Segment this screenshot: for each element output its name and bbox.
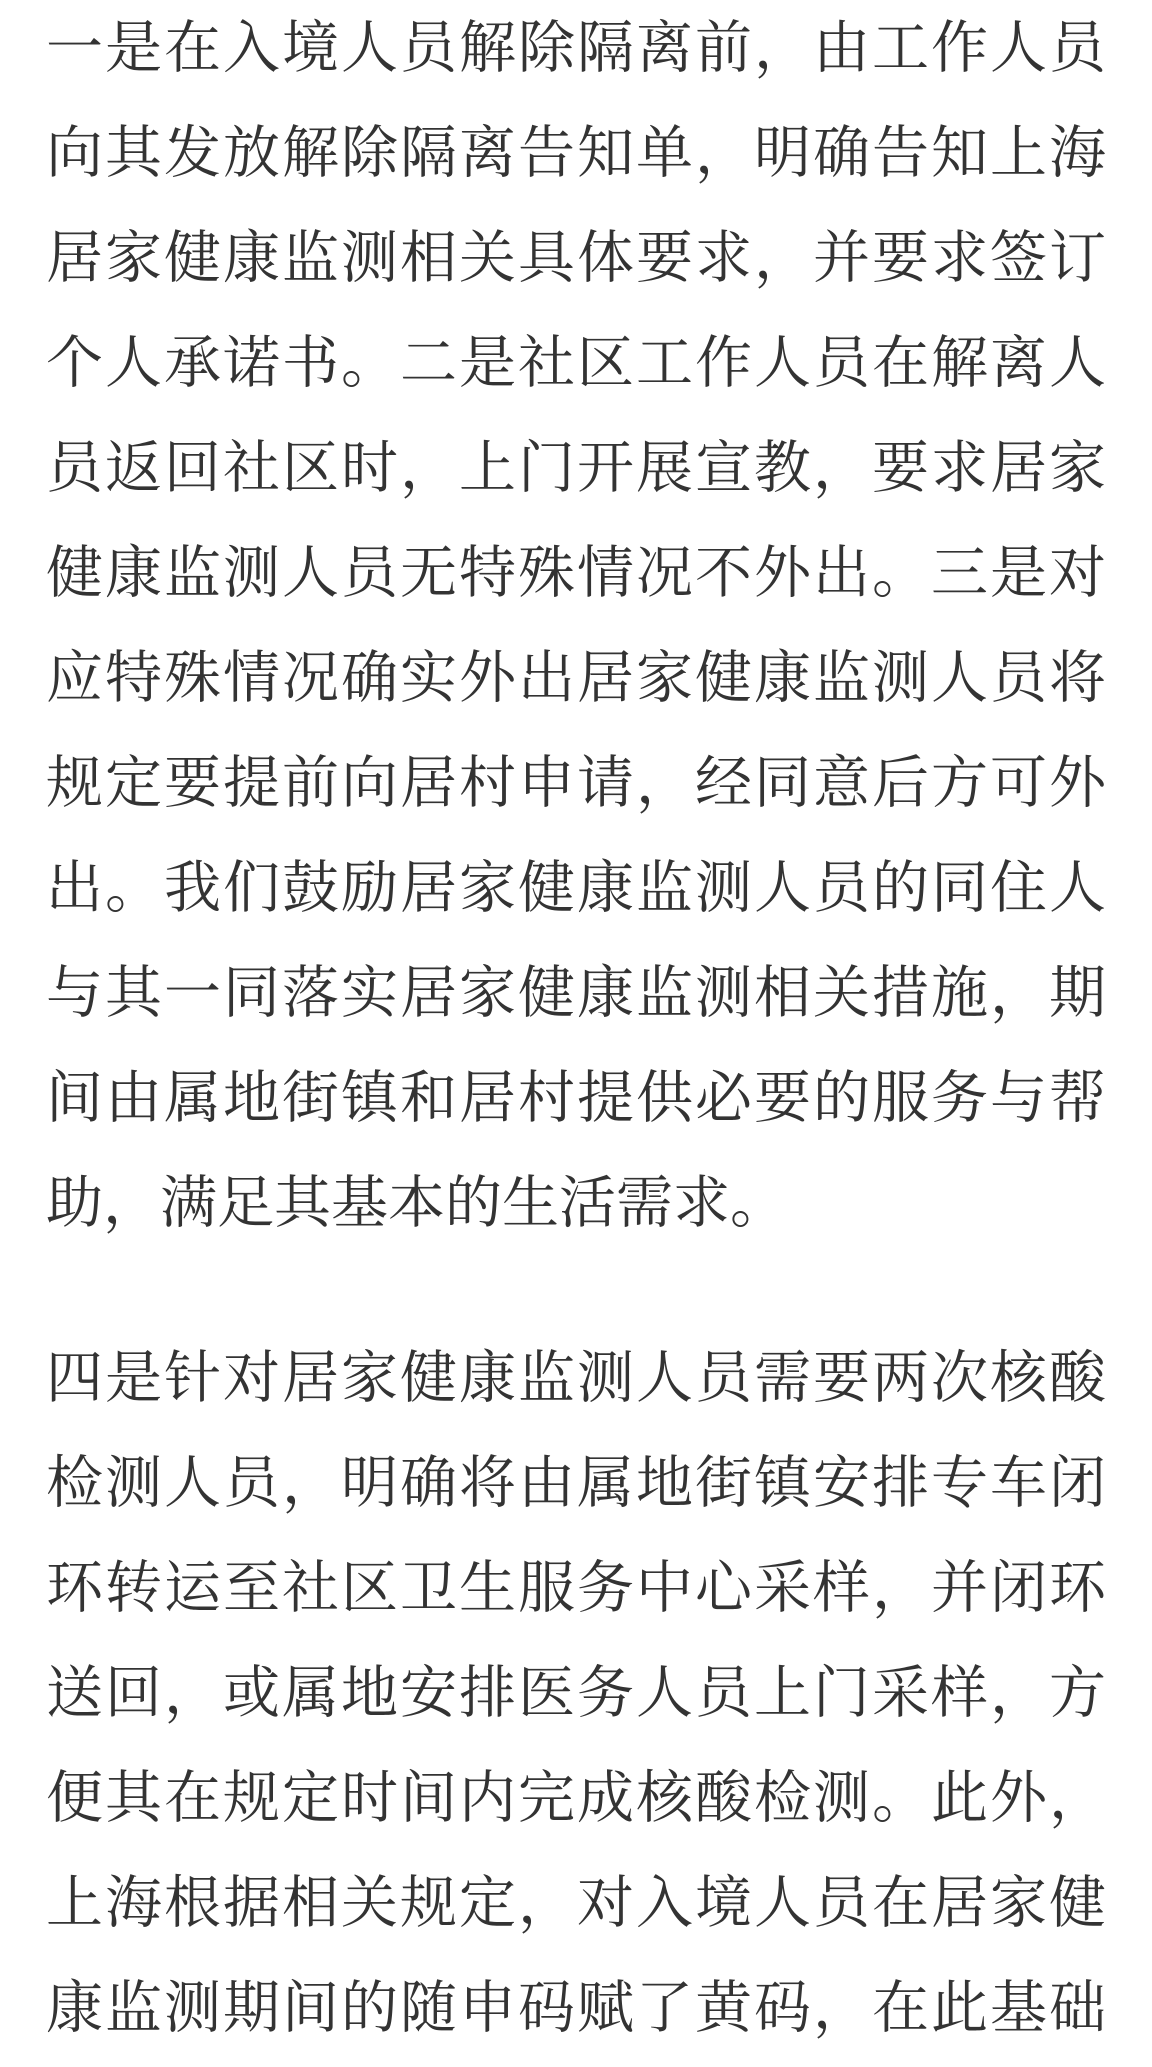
text-line: 员返回社区时，上门开展宣教，要求居家 xyxy=(46,416,1106,521)
text-line: 送回，或属地安排医务人员上门采样，方 xyxy=(46,1641,1106,1746)
text-line: 便其在规定时间内完成核酸检测。此外， xyxy=(46,1746,1106,1851)
text-line: 检测人员，明确将由属地街镇安排专车闭 xyxy=(46,1431,1106,1536)
text-line: 四是针对居家健康监测人员需要两次核酸 xyxy=(46,1326,1106,1431)
text-line: 康监测期间的随申码赋了黄码，在此基础 xyxy=(46,1956,1106,2061)
text-line: 居家健康监测相关具体要求，并要求签订 xyxy=(46,206,1106,311)
text-line: 向其发放解除隔离告知单，明确告知上海 xyxy=(46,101,1106,206)
paragraph: 一是在入境人员解除隔离前，由工作人员向其发放解除隔离告知单，明确告知上海居家健康… xyxy=(46,0,1106,1256)
text-line: 环转运至社区卫生服务中心采样，并闭环 xyxy=(46,1536,1106,1641)
paragraph: 四是针对居家健康监测人员需要两次核酸检测人员，明确将由属地街镇安排专车闭环转运至… xyxy=(46,1326,1106,2061)
text-line: 健康监测人员无特殊情况不外出。三是对 xyxy=(46,521,1106,626)
text-line: 规定要提前向居村申请，经同意后方可外 xyxy=(46,731,1106,836)
text-line: 出。我们鼓励居家健康监测人员的同住人 xyxy=(46,836,1106,941)
text-line: 个人承诺书。二是社区工作人员在解离人 xyxy=(46,311,1106,416)
text-line: 与其一同落实居家健康监测相关措施，期 xyxy=(46,941,1106,1046)
page: { "page": { "background": "#ffffff", "te… xyxy=(0,0,1152,2067)
text-line: 上海根据相关规定，对入境人员在居家健 xyxy=(46,1851,1106,1956)
text-line: 间由属地街镇和居村提供必要的服务与帮 xyxy=(46,1046,1106,1151)
text-line: 一是在入境人员解除隔离前，由工作人员 xyxy=(46,0,1106,101)
text-line: 助，满足其基本的生活需求。 xyxy=(46,1151,1106,1256)
text-line: 应特殊情况确实外出居家健康监测人员将 xyxy=(46,626,1106,731)
article-body: 一是在入境人员解除隔离前，由工作人员向其发放解除隔离告知单，明确告知上海居家健康… xyxy=(0,0,1152,2061)
